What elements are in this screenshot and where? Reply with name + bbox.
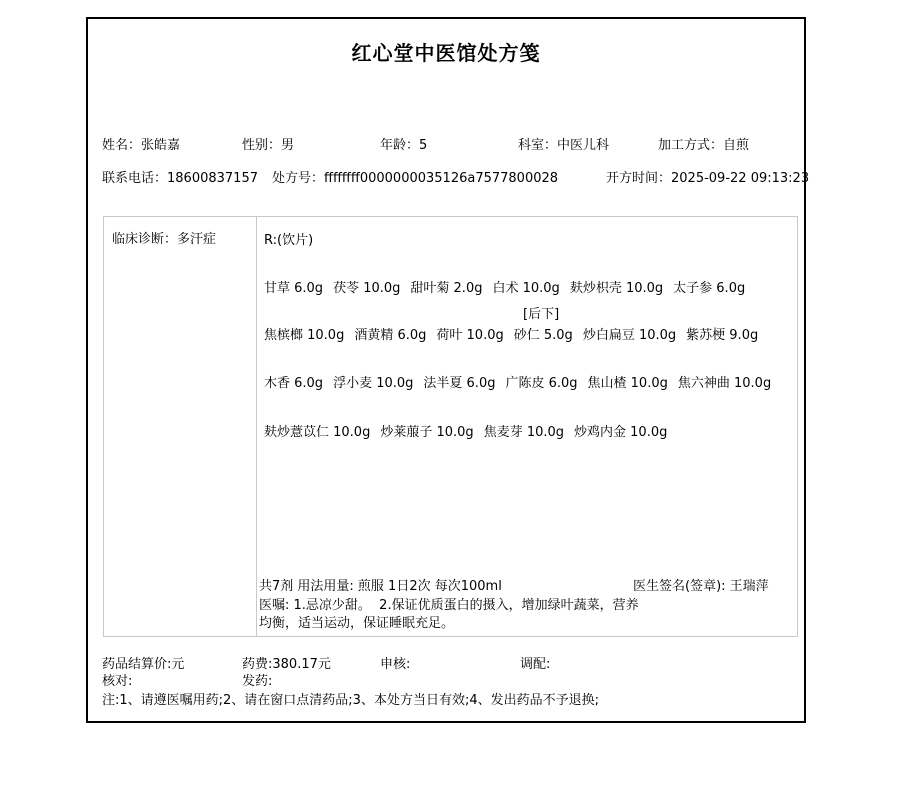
herb-item: 甘草 6.0g (264, 277, 323, 296)
decoction-note: [后下] (523, 303, 559, 322)
herb-line: 焦槟榔 10.0g酒黄精 6.0g荷叶 10.0g砂仁 5.0g炒白扁豆 10.… (264, 324, 768, 343)
issue-time-field: 开方时间：2025-09-22 09:13:23 (606, 167, 809, 186)
patient-age-field: 年龄：5 (380, 134, 427, 153)
processing-method-label: 加工方式： (658, 138, 723, 153)
herb-item: 茯苓 10.0g (333, 277, 400, 296)
prepare-field: 调配: (520, 653, 550, 672)
patient-gender-field: 性别：男 (242, 134, 294, 153)
diagnosis-value: 多汗症 (177, 232, 216, 247)
herb-item: 砂仁 5.0g (514, 324, 573, 343)
prescription-screen: 红心堂中医馆处方笺 姓名：张皓嘉 性别：男 年龄：5 科室：中医儿科 加工方式：… (0, 0, 900, 800)
herb-item: 太子参 6.0g (673, 277, 745, 296)
herb-item: 焦六神曲 10.0g (678, 372, 771, 391)
prescription-number-field: 处方号：ffffffff0000000035126a7577800028 (272, 167, 558, 186)
herb-line: 木香 6.0g浮小麦 10.0g法半夏 6.0g广陈皮 6.0g焦山楂 10.0… (264, 372, 781, 391)
phone-field: 联系电话：18600837157 (102, 167, 258, 186)
issue-time-label: 开方时间： (606, 171, 671, 186)
herb-item: 木香 6.0g (264, 372, 323, 391)
settle-price-value: 元 (171, 657, 184, 672)
herb-item: 广陈皮 6.0g (505, 372, 577, 391)
herb-item: 炒鸡内金 10.0g (574, 421, 667, 440)
diagnosis-label: 临床诊断： (112, 232, 177, 247)
doctor-signature-label: 医生签名(签章): (633, 579, 730, 594)
rx-cell: R:(饮片) 甘草 6.0g茯苓 10.0g甜叶菊 2.0g白术 10.0g麸炒… (257, 217, 797, 636)
herb-item: 紫苏梗 9.0g (686, 324, 758, 343)
department-value: 中医儿科 (557, 138, 609, 153)
herb-line: 麸炒薏苡仁 10.0g炒莱菔子 10.0g焦麦芽 10.0g炒鸡内金 10.0g (264, 421, 677, 440)
patient-name-label: 姓名： (102, 138, 141, 153)
check-field: 核对: (102, 670, 132, 689)
processing-method-value: 自煎 (723, 138, 749, 153)
herb-item: 浮小麦 10.0g (333, 372, 413, 391)
herb-line: 甘草 6.0g茯苓 10.0g甜叶菊 2.0g白术 10.0g麸炒枳壳 10.0… (264, 277, 755, 296)
herb-item: 炒白扁豆 10.0g (583, 324, 676, 343)
herb-item: 甜叶菊 2.0g (410, 277, 482, 296)
patient-name-value: 张皓嘉 (141, 138, 180, 153)
footer-note: 注:1、请遵医嘱用药;2、请在窗口点清药品;3、本处方当日有效;4、发出药品不予… (102, 689, 599, 708)
herb-item: 法半夏 6.0g (423, 372, 495, 391)
department-label: 科室： (518, 138, 557, 153)
doctor-signature-name: 王瑞萍 (730, 579, 769, 594)
patient-gender-value: 男 (281, 138, 294, 153)
herb-item: 焦山楂 10.0g (588, 372, 668, 391)
prescription-page: 红心堂中医馆处方笺 姓名：张皓嘉 性别：男 年龄：5 科室：中医儿科 加工方式：… (86, 17, 806, 723)
department-field: 科室：中医儿科 (518, 134, 609, 153)
diagnosis-cell: 临床诊断：多汗症 (104, 217, 257, 636)
prescription-number-value: ffffffff0000000035126a7577800028 (324, 171, 558, 186)
patient-gender-label: 性别： (242, 138, 281, 153)
herb-item: 麸炒枳壳 10.0g (570, 277, 663, 296)
doctor-advice-line-1: 医嘱: 1.忌凉少甜。 2.保证优质蛋白的摄入，增加绿叶蔬菜，营养 (259, 594, 639, 613)
dispense-field: 发药: (242, 670, 272, 689)
patient-age-label: 年龄： (380, 138, 419, 153)
processing-method-field: 加工方式：自煎 (658, 134, 749, 153)
prescription-table: 临床诊断：多汗症 R:(饮片) 甘草 6.0g茯苓 10.0g甜叶菊 2.0g白… (103, 216, 798, 637)
rx-header: R:(饮片) (264, 229, 313, 248)
herb-item: 酒黄精 6.0g (354, 324, 426, 343)
fee-value: 380.17元 (272, 657, 331, 672)
patient-name-field: 姓名：张皓嘉 (102, 134, 180, 153)
patient-age-value: 5 (419, 138, 427, 153)
herb-item: 焦麦芽 10.0g (484, 421, 564, 440)
herb-item: 焦槟榔 10.0g (264, 324, 344, 343)
phone-value: 18600837157 (167, 171, 258, 186)
prescription-number-label: 处方号： (272, 171, 324, 186)
issue-time-value: 2025-09-22 09:13:23 (671, 171, 809, 186)
herb-item: 炒莱菔子 10.0g (380, 421, 473, 440)
herb-item: 白术 10.0g (492, 277, 559, 296)
review-field: 申核: (380, 653, 410, 672)
doctor-advice-line-2: 均衡，适当运动，保证睡眠充足。 (259, 612, 454, 631)
usage-line: 共7剂 用法用量: 煎服 1日2次 每次100ml (259, 575, 502, 594)
herb-item: 麸炒薏苡仁 10.0g (264, 421, 370, 440)
phone-label: 联系电话： (102, 171, 167, 186)
herb-item: 荷叶 10.0g (436, 324, 503, 343)
doctor-signature: 医生签名(签章): 王瑞萍 (633, 575, 769, 594)
page-title: 红心堂中医馆处方笺 (88, 37, 804, 66)
